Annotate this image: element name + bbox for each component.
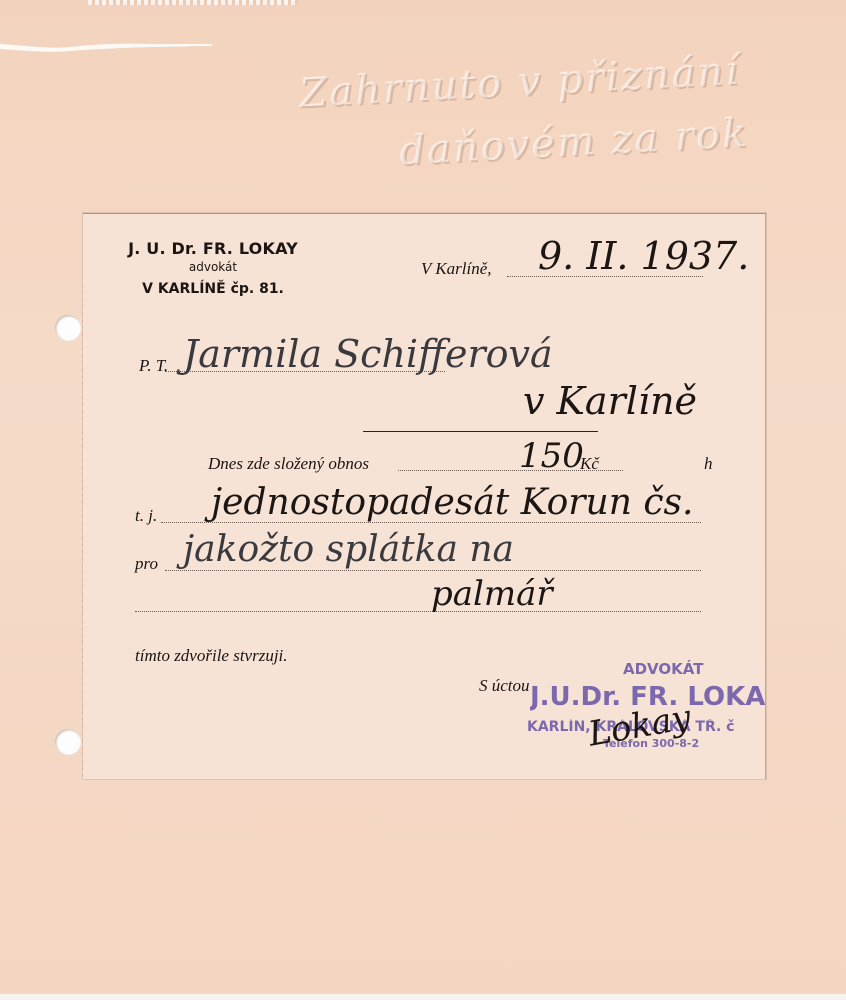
punch-hole-top (55, 315, 81, 341)
haler-label: h (704, 454, 713, 474)
purpose-handwritten-line1: jakožto splátka na (183, 529, 514, 570)
recipient-place-handwritten: v Karlíně (523, 379, 697, 423)
recipient-label: P. T. (139, 356, 168, 376)
purpose-dotted-line-2 (135, 611, 701, 612)
punch-hole-bottom (55, 729, 81, 755)
words-label: t. j. (135, 506, 157, 526)
purpose-label: pro (135, 554, 158, 574)
letterhead-address: V KARLÍNĚ čp. 81. (113, 281, 313, 297)
closing-greeting: S úctou (479, 676, 530, 696)
date-handwritten: 9. II. 1937. (538, 234, 749, 278)
place-underline (363, 431, 598, 432)
date-label: V Karlíně, (421, 259, 492, 279)
letterhead-role: advokát (113, 260, 313, 274)
closing-text: tímto zdvořile stvrzuji. (135, 646, 288, 666)
purpose-dotted-line-1 (165, 570, 701, 571)
scan-edge (0, 994, 846, 1000)
words-handwritten: jednostopadesát Korun čs. (211, 482, 693, 523)
purpose-handwritten-line2: palmář (431, 574, 553, 614)
currency-label: Kč (580, 454, 599, 474)
letterhead-name: J. U. Dr. FR. LOKAY (113, 239, 313, 258)
recipient-name-handwritten: Jarmila Schifferová (183, 332, 553, 376)
receipt-slip: J. U. Dr. FR. LOKAY advokát V KARLÍNĚ čp… (83, 213, 766, 779)
stamp-line1: ADVOKÁT (623, 660, 703, 678)
amount-label: Dnes zde složený obnos (208, 454, 369, 474)
top-perforation (88, 0, 298, 5)
amount-handwritten: 150 (519, 436, 584, 476)
paper-tear (0, 40, 215, 54)
